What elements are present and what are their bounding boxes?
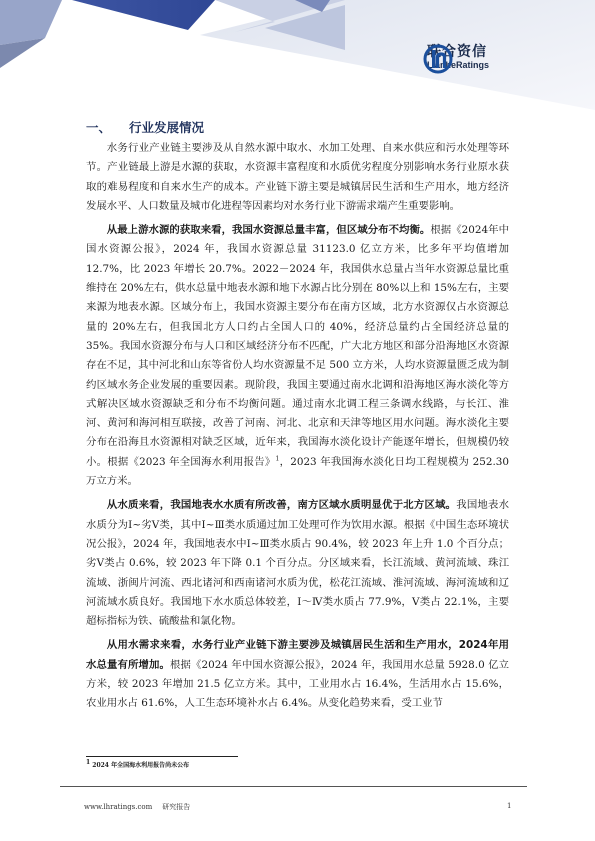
company-logo: 联合资信 LianheRatings [423,44,489,71]
footnote-text: 2024 年全国海水利用报告尚未公布 [92,762,189,769]
paragraph-lead: 从最上游水源的获取来看，我国水资源总量丰富，但区域分布不均衡。 [107,224,431,236]
paragraph-water-source: 从最上游水源的获取来看，我国水资源总量丰富，但区域分布不均衡。根据《2024年中… [86,221,509,491]
page-number: 1 [507,802,511,810]
paragraph-text: 根据《2024年中国水资源公报》，2024 年，我国水资源总量 31123.0 … [86,224,509,468]
section-number: 一、 [86,118,129,136]
section-title: 行业发展情况 [129,118,204,136]
article-body: 水务行业产业链主要涉及从自然水源中取水、水加工处理、自来水供应和污水处理等环节。… [86,139,509,719]
footnote-divider [86,756,238,757]
paragraph-water-quality: 从水质来看，我国地表水水质有所改善，南方区域水质明显优于北方区域。我国地表水水质… [86,496,509,631]
paragraph-text: 水务行业产业链主要涉及从自然水源中取水、水加工处理、自来水供应和污水处理等环节。… [86,142,509,212]
banner-decoration [0,0,595,110]
paragraph-lead: 从水质来看，我国地表水水质有所改善，南方区域水质明显优于北方区域。 [107,499,456,511]
footer-website-link[interactable]: www.lhratings.com [84,803,152,811]
page-footer: www.lhratings.com研究报告 [84,802,190,812]
footnote-marker: 1 [86,759,90,766]
paragraph-intro: 水务行业产业链主要涉及从自然水源中取水、水加工处理、自来水供应和污水处理等环节。… [86,139,509,216]
footnote: 1 2024 年全国海水利用报告尚未公布 [86,760,189,769]
paragraph-water-demand: 从用水需求来看，水务行业产业链下游主要涉及城镇居民生活和生产用水，2024年用水… [86,636,509,713]
header-banner: 联合资信 LianheRatings [0,0,595,110]
paragraph-text: 我国地表水水质分为Ⅰ~劣Ⅴ类，其中Ⅰ~Ⅲ类水质通过加工处理可作为饮用水源。根据《… [86,499,509,627]
footer-divider [60,786,527,787]
lianhe-logo-icon [423,44,453,74]
footer-label: 研究报告 [162,803,190,811]
section-heading: 一、 行业发展情况 [86,118,204,136]
